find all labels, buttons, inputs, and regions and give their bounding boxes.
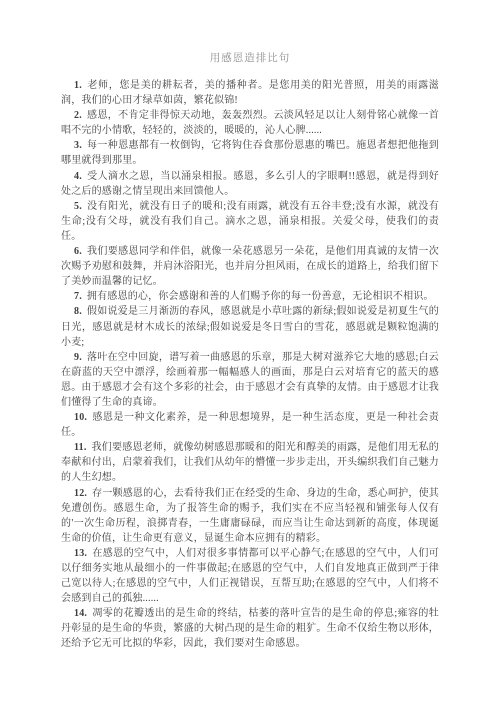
paragraph-text: 在感恩的空气中，人们对很多事情都可以平心静气;在感恩的空气中，人们可以仔细务实地… bbox=[61, 548, 439, 604]
paragraph-number: 13. bbox=[74, 548, 87, 559]
paragraph: 14.凋零的花瓣透出的是生命的终结，枯萎的落叶宣告的是生命的停息;雍容的牡丹彰显… bbox=[61, 606, 439, 651]
paragraph-text: 感恩是一种文化素养，是一种思想境界，是一种生活态度，更是一种社会责任。 bbox=[61, 412, 439, 438]
paragraph: 7.拥有感恩的心，你会感谢和善的人们赐予你的每一份善意，无论相识不相识。 bbox=[61, 289, 439, 304]
paragraph-number: 9. bbox=[74, 352, 82, 363]
paragraph-text: 受人滴水之恩，当以涌泉相报。感恩，多么引人的字眼啊!!感恩，就是得到好处之后的感… bbox=[61, 171, 439, 197]
paragraph: 10.感恩是一种文化素养，是一种思想境界，是一种生活态度，更是一种社会责任。 bbox=[61, 410, 439, 440]
paragraph: 13.在感恩的空气中，人们对很多事情都可以平心静气;在感恩的空气中，人们可以仔细… bbox=[61, 546, 439, 606]
paragraph-number: 5. bbox=[74, 201, 82, 212]
paragraph: 6.我们要感恩同学和伴侣，就像一朵花感恩另一朵花，是他们用真诚的友情一次次赐予劝… bbox=[61, 244, 439, 289]
paragraph-text: 假如说爱是三月渐沥的春风，感恩就是小草吐露的新绿;假如说爱是初夏生气的日光，感恩… bbox=[61, 306, 439, 347]
paragraph-text: 存一颗感恩的心，去看待我们正在经受的生命、身边的生命，悉心呵护，使其免遭创伤。感… bbox=[61, 488, 439, 544]
paragraph: 11.我们要感恩老师，就像幼树感恩那暖和的阳光和醇美的雨露，是他们用无私的奉献和… bbox=[61, 440, 439, 485]
paragraph-text: 老师，您是美的耕耘者，美的播种者。是您用美的阳光普照，用美的雨露滋润，我们的心田… bbox=[61, 80, 439, 106]
paragraph: 1.老师，您是美的耕耘者，美的播种者。是您用美的阳光普照，用美的雨露滋润，我们的… bbox=[61, 78, 439, 108]
page-title: 用感恩造排比句 bbox=[61, 50, 439, 65]
paragraph-text: 感恩，不肯定非得惊天动地，轰轰烈烈。云淡风轻足以让人刻骨铭心就像一首唱不完的小情… bbox=[61, 110, 439, 136]
paragraph-number: 6. bbox=[74, 246, 82, 257]
paragraph-text: 每一种恩惠都有一枚倒钩，它将钩住吞食那份恩惠的嘴巴。施恩者想把他拖到哪里就得到那… bbox=[61, 140, 439, 166]
paragraph: 2.感恩，不肯定非得惊天动地，轰轰烈烈。云淡风轻足以让人刻骨铭心就像一首唱不完的… bbox=[61, 108, 439, 138]
paragraph-text: 我们要感恩同学和伴侣，就像一朵花感恩另一朵花，是他们用真诚的友情一次次赐予劝慰和… bbox=[61, 246, 439, 287]
paragraph: 5.没有阳光，就没有日子的暖和;没有雨露，就没有五谷丰登;没有水源，就没有生命;… bbox=[61, 199, 439, 244]
paragraph: 9.落叶在空中回旋，谱写着一曲感恩的乐章，那是大树对滋养它大地的感恩;白云在蔚蓝… bbox=[61, 350, 439, 410]
paragraph-number: 10. bbox=[74, 412, 87, 423]
paragraph-number: 3. bbox=[74, 140, 82, 151]
paragraph-number: 2. bbox=[74, 110, 82, 121]
paragraph: 4.受人滴水之恩，当以涌泉相报。感恩，多么引人的字眼啊!!感恩，就是得到好处之后… bbox=[61, 169, 439, 199]
paragraph-number: 1. bbox=[74, 80, 82, 91]
paragraph-text: 凋零的花瓣透出的是生命的终结，枯萎的落叶宣告的是生命的停息;雍容的牡丹彰显的是生… bbox=[61, 608, 439, 649]
paragraph-text: 没有阳光，就没有日子的暖和;没有雨露，就没有五谷丰登;没有水源，就没有生命;没有… bbox=[61, 201, 439, 242]
document-page: 用感恩造排比句 1.老师，您是美的耕耘者，美的播种者。是您用美的阳光普照，用美的… bbox=[0, 0, 500, 707]
paragraph-number: 12. bbox=[74, 488, 87, 499]
paragraph-number: 7. bbox=[74, 291, 82, 302]
paragraph-number: 11. bbox=[74, 442, 87, 453]
paragraph: 8.假如说爱是三月渐沥的春风，感恩就是小草吐露的新绿;假如说爱是初夏生气的日光，… bbox=[61, 304, 439, 349]
paragraph-number: 8. bbox=[74, 306, 82, 317]
paragraph-text: 拥有感恩的心，你会感谢和善的人们赐予你的每一份善意，无论相识不相识。 bbox=[87, 291, 434, 302]
paragraph-text: 我们要感恩老师，就像幼树感恩那暖和的阳光和醇美的雨露，是他们用无私的奉献和付出，… bbox=[61, 442, 439, 483]
paragraph: 3.每一种恩惠都有一枚倒钩，它将钩住吞食那份恩惠的嘴巴。施恩者想把他拖到哪里就得… bbox=[61, 138, 439, 168]
paragraph: 12.存一颗感恩的心，去看待我们正在经受的生命、身边的生命，悉心呵护，使其免遭创… bbox=[61, 486, 439, 546]
paragraph-number: 4. bbox=[74, 171, 82, 182]
paragraph-number: 14. bbox=[74, 608, 87, 619]
paragraph-list: 1.老师，您是美的耕耘者，美的播种者。是您用美的阳光普照，用美的雨露滋润，我们的… bbox=[61, 78, 439, 652]
paragraph-text: 落叶在空中回旋，谱写着一曲感恩的乐章，那是大树对滋养它大地的感恩;白云在蔚蓝的天… bbox=[61, 352, 439, 408]
